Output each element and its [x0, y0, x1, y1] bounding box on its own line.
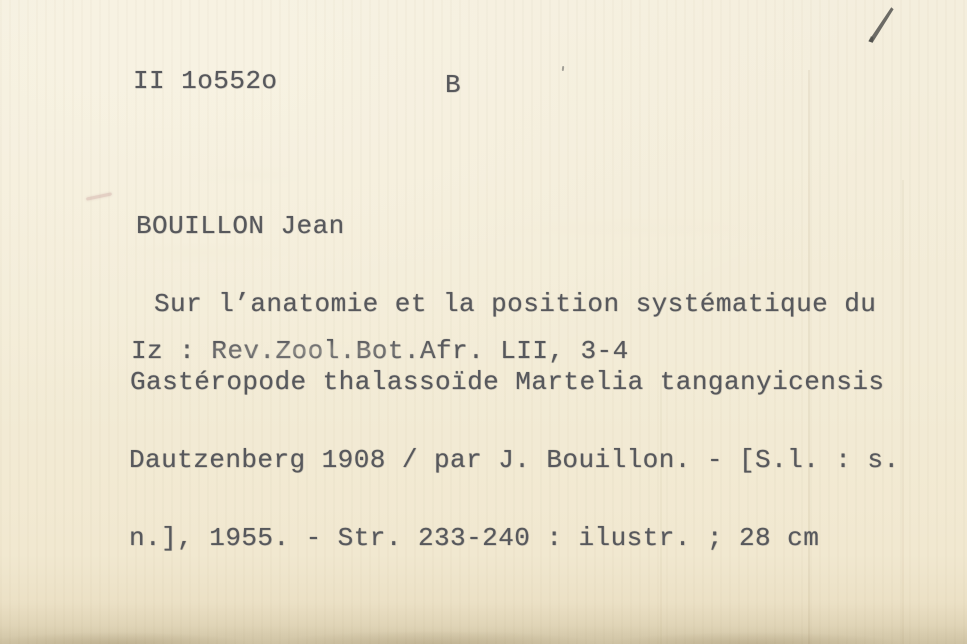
paper-speck — [562, 66, 565, 71]
imprint-line: Dautzenberg 1908 / par J. Bouillon. - [S… — [129, 447, 900, 473]
collation-line: n.], 1955. - Str. 233-240 : ilustr. ; 28… — [129, 525, 900, 551]
source-citation-line: Iz : Rev.Zool.Bot.Afr. LII, 3-4 — [131, 338, 629, 364]
catalog-card-scan: II 1o552o B BOUILLON Jean Sur l’anatomie… — [0, 0, 967, 644]
bibliographic-entry: BOUILLON Jean Sur l’anatomie et la posit… — [129, 161, 900, 603]
title-line: Gastéropode thalassoïde Martelia tangany… — [129, 369, 900, 395]
title-line: Sur l’anatomie et la position systématiq… — [129, 291, 900, 317]
call-number: II 1o552o — [133, 68, 277, 94]
ink-smudge — [86, 192, 112, 200]
author-heading: BOUILLON Jean — [129, 213, 900, 239]
card-bottom-shadow — [0, 602, 967, 644]
paper-crease — [902, 180, 904, 644]
section-letter: B — [445, 72, 461, 98]
